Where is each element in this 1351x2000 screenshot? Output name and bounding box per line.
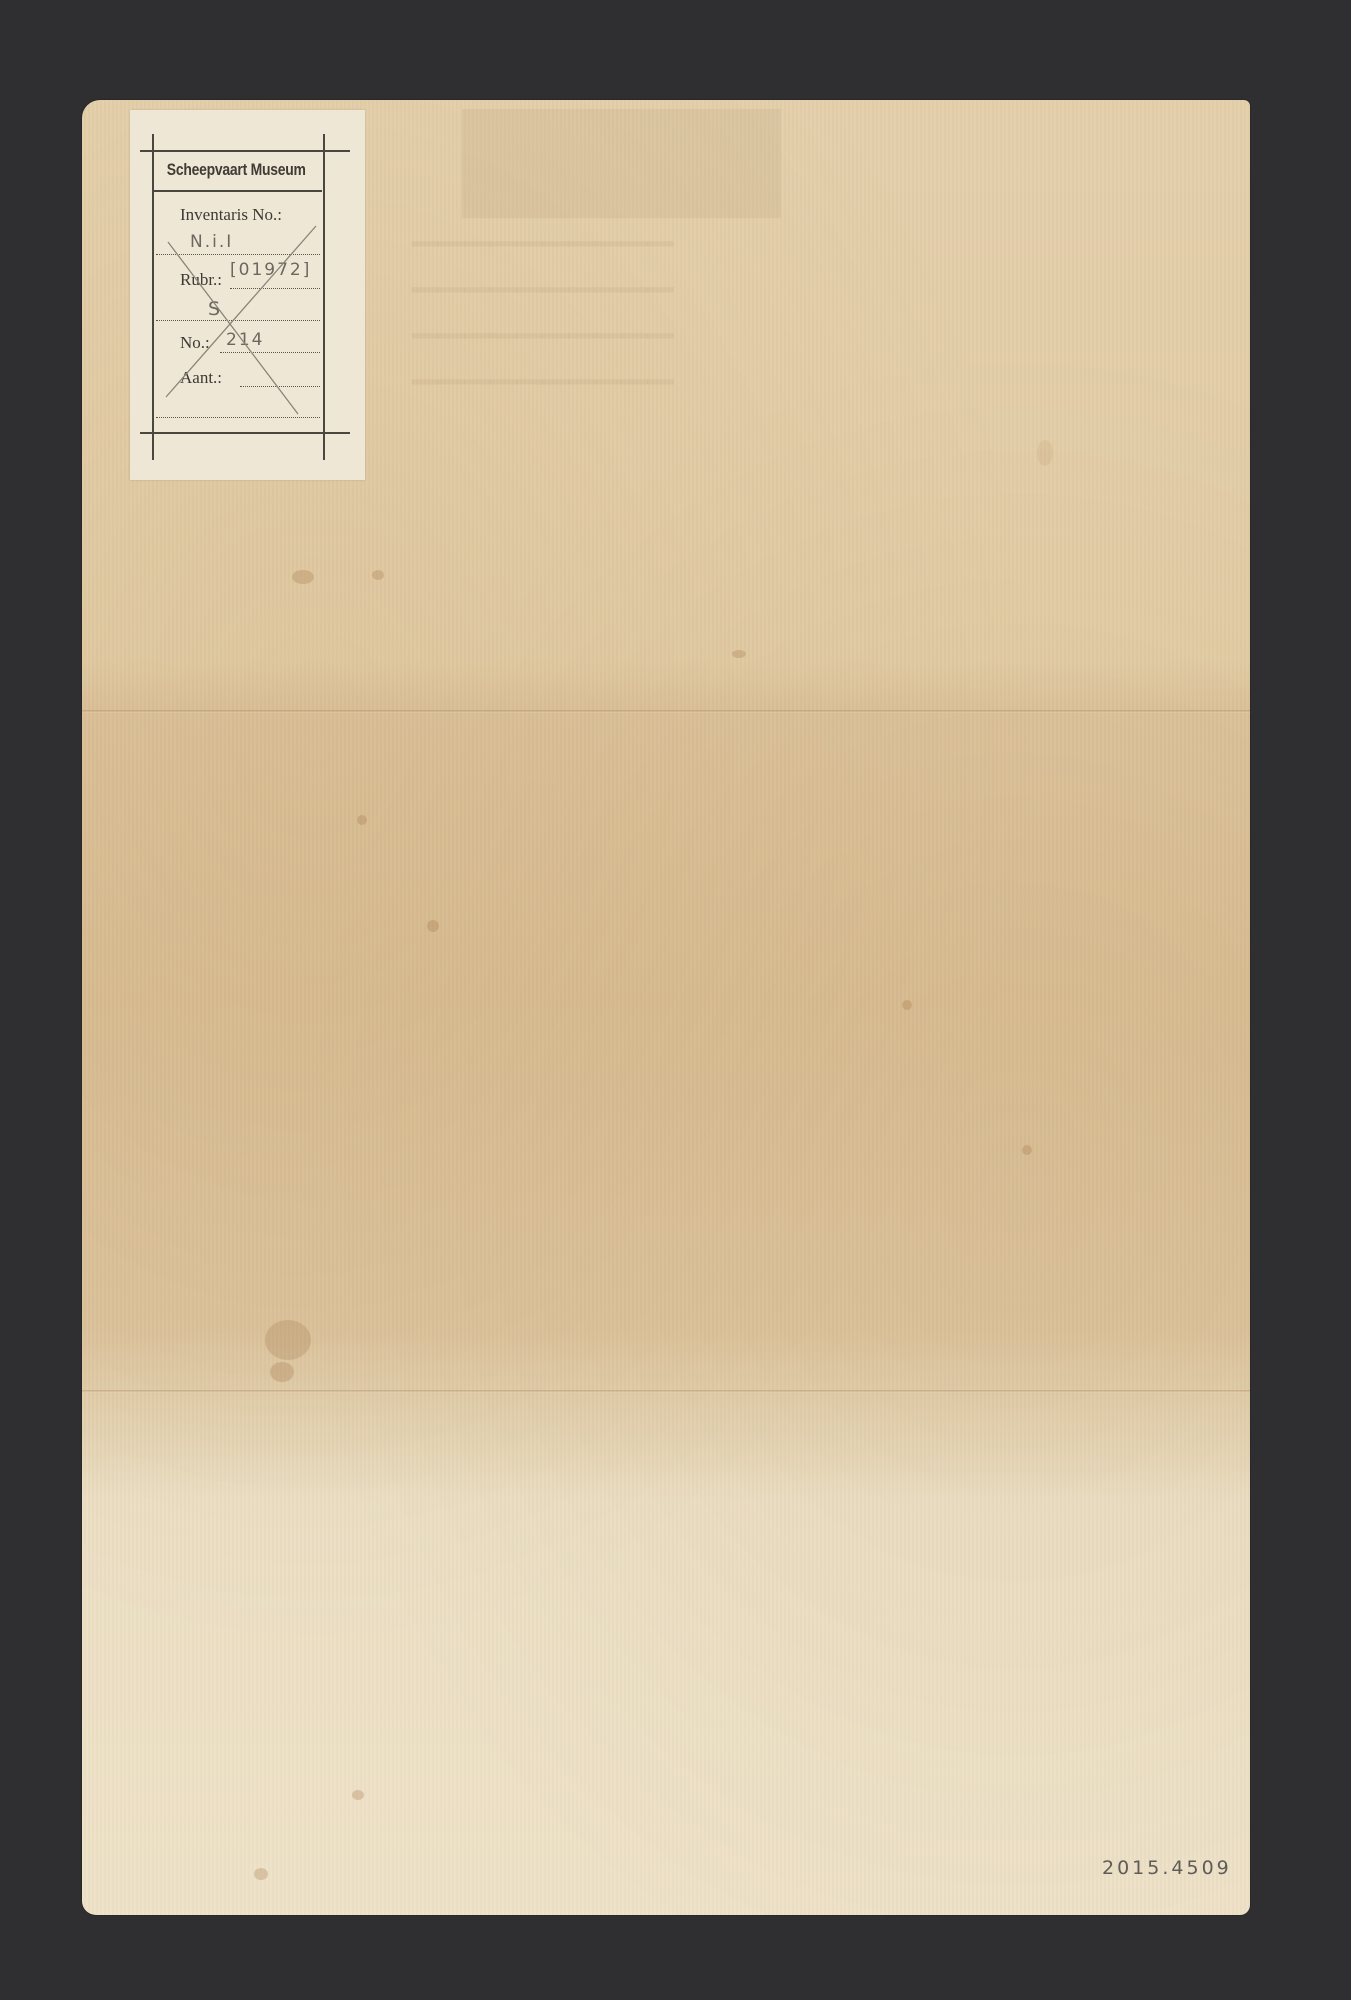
show-through-text: ▔▔▔▔▔▔▔▔▔▔▔▔▔▔▔▔▔▔▔▔▔▔▔▔▔▔▔▔▔▔▔▔▔▔▔▔▔▔▔▔ (412, 240, 673, 424)
dotted-line (240, 386, 320, 387)
dotted-line (156, 320, 320, 321)
museum-inventory-label: Scheepvaart Museum Inventaris No.: N.i.I… (130, 110, 365, 480)
field-rubr-label: Rubr.: (180, 270, 222, 290)
label-frame-bottom (140, 432, 350, 434)
stain (1037, 440, 1053, 466)
stain (372, 570, 384, 580)
field-no-value: 214 (226, 330, 264, 350)
label-title: Scheepvaart Museum (160, 160, 313, 180)
show-through-text: █████ (462, 110, 781, 213)
label-frame-left (152, 134, 154, 460)
stain (292, 570, 314, 584)
stain (270, 1362, 294, 1382)
dotted-line (156, 254, 320, 255)
label-frame-right (323, 134, 325, 460)
stain (357, 815, 367, 825)
accession-number: 2015.4509 (1102, 1857, 1232, 1879)
field-no-label: No.: (180, 333, 210, 353)
title-underline (154, 190, 322, 192)
field-s-value: S (208, 298, 222, 320)
stain (1022, 1145, 1032, 1155)
stain (902, 1000, 912, 1010)
dotted-line (230, 288, 320, 289)
field-rubr-value: [01972] (230, 260, 311, 280)
stain (254, 1868, 268, 1880)
stain (352, 1790, 364, 1800)
fold-line-upper (82, 710, 1250, 713)
fold-line-lower (82, 1390, 1250, 1393)
field-aant-label: Aant.: (180, 368, 222, 388)
label-frame-top (140, 150, 350, 152)
dotted-line (220, 352, 320, 353)
stain (427, 920, 439, 932)
stain (732, 650, 746, 658)
field-inventaris-label: Inventaris No.: (180, 205, 282, 225)
dotted-line (156, 417, 320, 418)
stain (265, 1320, 311, 1360)
field-inventaris-value: N.i.I (190, 232, 233, 252)
